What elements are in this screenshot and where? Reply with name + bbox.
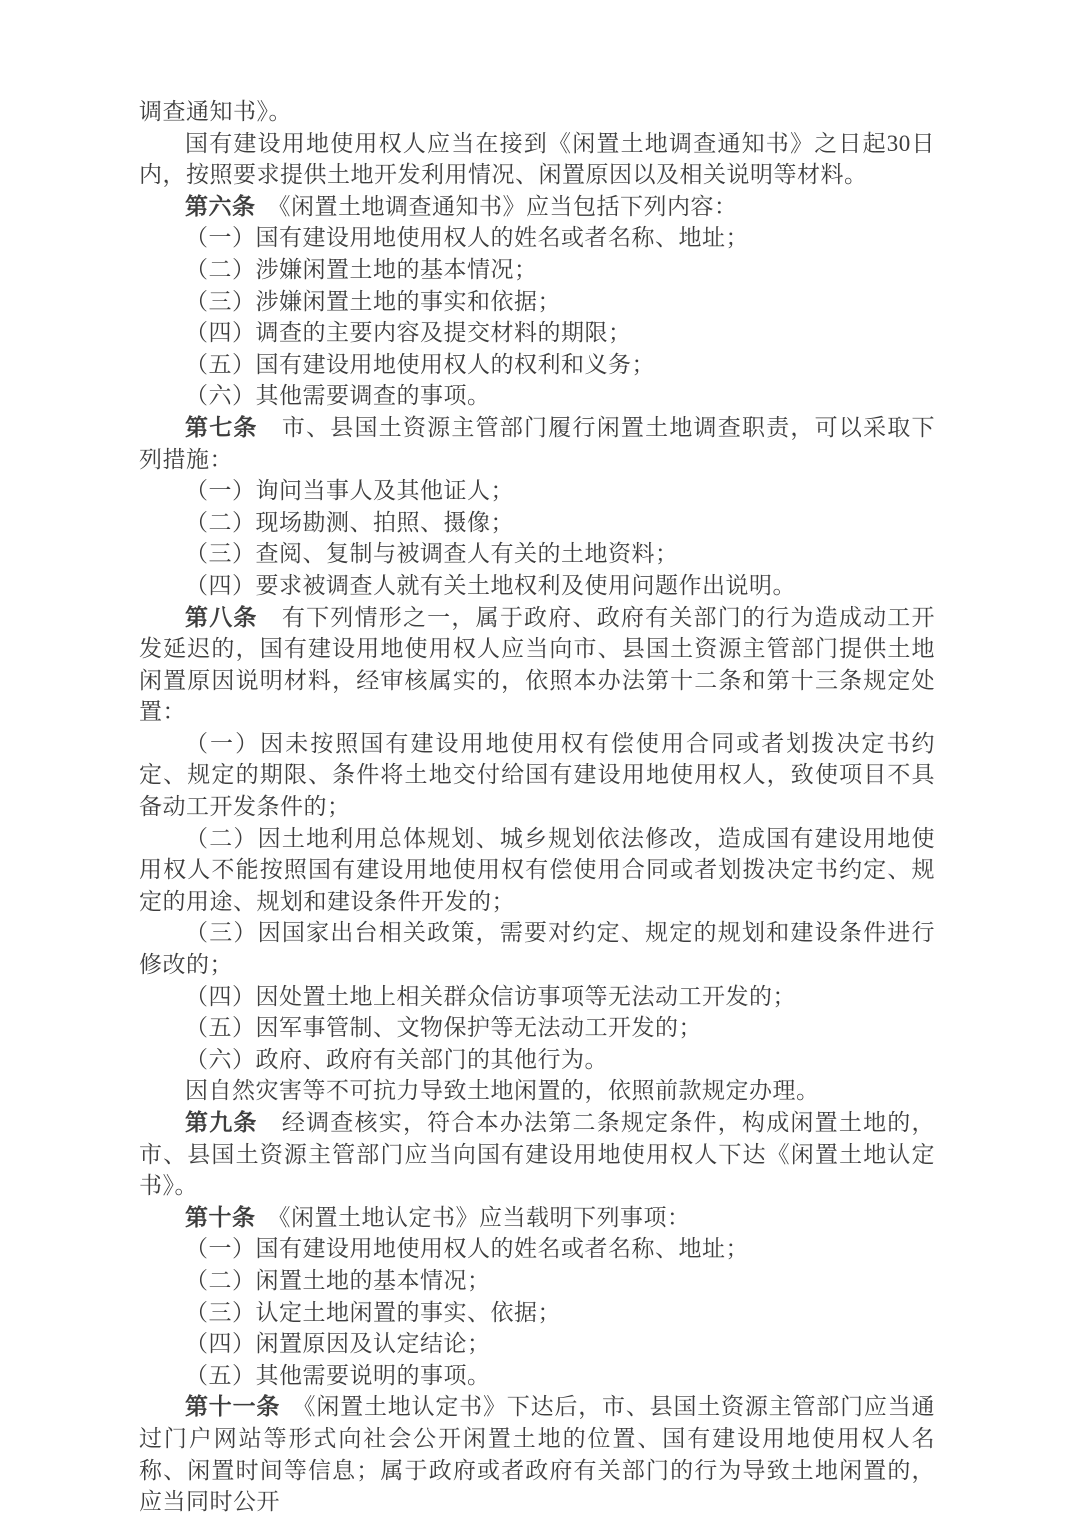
text-column: 调查通知书》。 国有建设用地使用权人应当在接到《闲置土地调查通知书》之日起30日… — [139, 96, 935, 1518]
paragraph-text: （二）现场勘测、拍照、摄像； — [185, 510, 514, 535]
paragraph-text: （三）认定土地闲置的事实、依据； — [185, 1300, 561, 1325]
article-number: 第六条 — [185, 194, 256, 219]
article-number: 第十条 — [185, 1205, 256, 1230]
paragraph-text: （五）其他需要说明的事项。 — [185, 1363, 491, 1388]
paragraph: （四）要求被调查人就有关土地权利及使用问题作出说明。 — [139, 570, 935, 602]
paragraph-text: 《闲置土地调查通知书》应当包括下列内容： — [256, 194, 738, 219]
paragraph-text: （六）其他需要调查的事项。 — [185, 383, 491, 408]
paragraph: （一）国有建设用地使用权人的姓名或者名称、地址； — [139, 222, 935, 254]
paragraph-text: 有下列情形之一，属于政府、政府有关部门的行为造成动工开发延迟的，国有建设用地使用… — [139, 605, 935, 725]
paragraph: 因自然灾害等不可抗力导致土地闲置的，依照前款规定办理。 — [139, 1075, 935, 1107]
paragraph: （四）因处置土地上相关群众信访事项等无法动工开发的； — [139, 981, 935, 1013]
paragraph-text: 国有建设用地使用权人应当在接到《闲置土地调查通知书》之日起30日内，按照要求提供… — [139, 131, 935, 188]
paragraph-text: （二）涉嫌闲置土地的基本情况； — [185, 257, 538, 282]
paragraph: （三）涉嫌闲置土地的事实和依据； — [139, 286, 935, 318]
paragraph: （二）因土地利用总体规划、城乡规划依法修改，造成国有建设用地使用权人不能按照国有… — [139, 823, 935, 918]
paragraph: 第七条 市、县国土资源主管部门履行闲置土地调查职责，可以采取下列措施： — [139, 412, 935, 475]
paragraph-text: （一）国有建设用地使用权人的姓名或者名称、地址； — [185, 225, 749, 250]
paragraph: （三）查阅、复制与被调查人有关的土地资料； — [139, 538, 935, 570]
paragraph-text: （一）国有建设用地使用权人的姓名或者名称、地址； — [185, 1236, 749, 1261]
paragraph-text: （四）闲置原因及认定结论； — [185, 1331, 491, 1356]
paragraph: （六）其他需要调查的事项。 — [139, 380, 935, 412]
paragraph: 第九条 经调查核实，符合本办法第二条规定条件，构成闲置土地的，市、县国土资源主管… — [139, 1107, 935, 1202]
paragraph: （五）国有建设用地使用权人的权利和义务； — [139, 349, 935, 381]
paragraph: （四）闲置原因及认定结论； — [139, 1328, 935, 1360]
paragraph-text: （五）因军事管制、文物保护等无法动工开发的； — [185, 1015, 702, 1040]
paragraph: （一）国有建设用地使用权人的姓名或者名称、地址； — [139, 1233, 935, 1265]
paragraph: （二）涉嫌闲置土地的基本情况； — [139, 254, 935, 286]
paragraph: （五）因军事管制、文物保护等无法动工开发的； — [139, 1012, 935, 1044]
paragraph-text: （四）要求被调查人就有关土地权利及使用问题作出说明。 — [185, 573, 796, 598]
paragraph: 第六条 《闲置土地调查通知书》应当包括下列内容： — [139, 191, 935, 223]
paragraph: （四）调查的主要内容及提交材料的期限； — [139, 317, 935, 349]
paragraph: 国有建设用地使用权人应当在接到《闲置土地调查通知书》之日起30日内，按照要求提供… — [139, 128, 935, 191]
paragraph-text: （三）涉嫌闲置土地的事实和依据； — [185, 289, 561, 314]
paragraph-text: （六）政府、政府有关部门的其他行为。 — [185, 1047, 608, 1072]
document-page: 调查通知书》。 国有建设用地使用权人应当在接到《闲置土地调查通知书》之日起30日… — [0, 0, 1074, 1520]
paragraph-text: （四）因处置土地上相关群众信访事项等无法动工开发的； — [185, 984, 796, 1009]
paragraph-text: （一）询问当事人及其他证人； — [185, 478, 514, 503]
paragraph-text: （三）查阅、复制与被调查人有关的土地资料； — [185, 541, 679, 566]
paragraph-text: （四）调查的主要内容及提交材料的期限； — [185, 320, 632, 345]
paragraph: （二）现场勘测、拍照、摄像； — [139, 507, 935, 539]
paragraph-text: 《闲置土地认定书》应当载明下列事项： — [256, 1205, 691, 1230]
paragraph: 调查通知书》。 — [139, 96, 935, 128]
paragraph: （一）询问当事人及其他证人； — [139, 475, 935, 507]
paragraph: 第十条 《闲置土地认定书》应当载明下列事项： — [139, 1202, 935, 1234]
paragraph-text: （二）因土地利用总体规划、城乡规划依法修改，造成国有建设用地使用权人不能按照国有… — [139, 826, 935, 914]
paragraph-text: 经调查核实，符合本办法第二条规定条件，构成闲置土地的，市、县国土资源主管部门应当… — [139, 1110, 935, 1198]
article-number: 第八条 — [185, 605, 258, 630]
paragraph-text: 调查通知书》。 — [139, 99, 292, 124]
paragraph-text: （一）因未按照国有建设用地使用权有偿使用合同或者划拨决定书约定、规定的期限、条件… — [139, 731, 935, 819]
article-number: 第九条 — [185, 1110, 258, 1135]
paragraph-text: 市、县国土资源主管部门履行闲置土地调查职责，可以采取下列措施： — [139, 415, 935, 472]
paragraph: （三）认定土地闲置的事实、依据； — [139, 1297, 935, 1329]
paragraph-text: （五）国有建设用地使用权人的权利和义务； — [185, 352, 655, 377]
paragraph: （六）政府、政府有关部门的其他行为。 — [139, 1044, 935, 1076]
paragraph: （五）其他需要说明的事项。 — [139, 1360, 935, 1392]
article-number: 第七条 — [185, 415, 258, 440]
paragraph: （二）闲置土地的基本情况； — [139, 1265, 935, 1297]
paragraph-text: （三）因国家出台相关政策，需要对约定、规定的规划和建设条件进行修改的； — [139, 920, 935, 977]
paragraph: 第十一条 《闲置土地认定书》下达后，市、县国土资源主管部门应当通过门户网站等形式… — [139, 1391, 935, 1517]
paragraph-text: （二）闲置土地的基本情况； — [185, 1268, 491, 1293]
paragraph: （一）因未按照国有建设用地使用权有偿使用合同或者划拨决定书约定、规定的期限、条件… — [139, 728, 935, 823]
paragraph: 第八条 有下列情形之一，属于政府、政府有关部门的行为造成动工开发延迟的，国有建设… — [139, 602, 935, 728]
paragraph: （三）因国家出台相关政策，需要对约定、规定的规划和建设条件进行修改的； — [139, 917, 935, 980]
paragraph-text: 因自然灾害等不可抗力导致土地闲置的，依照前款规定办理。 — [185, 1078, 820, 1103]
article-number: 第十一条 — [185, 1394, 280, 1419]
